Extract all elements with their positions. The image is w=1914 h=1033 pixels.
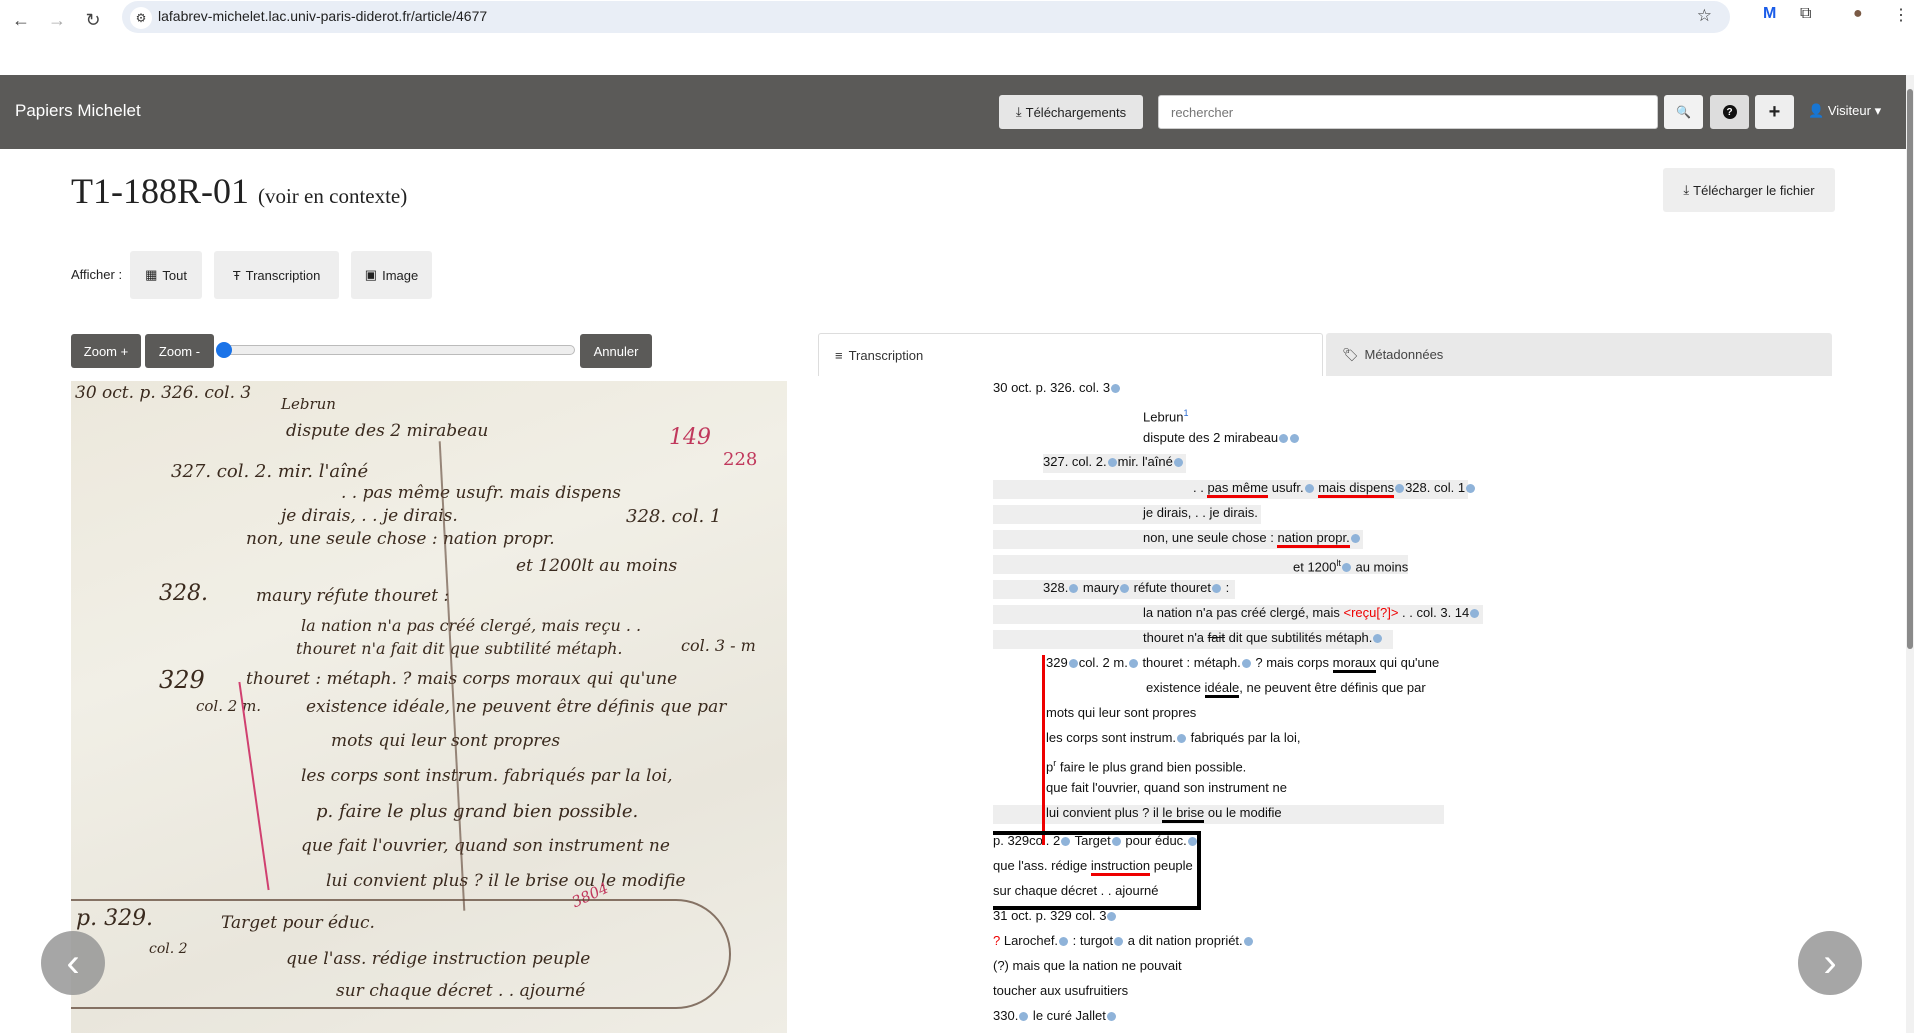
transcription-line: non, une seule chose : nation propr. — [993, 530, 1363, 549]
plus-icon: + — [1769, 101, 1781, 124]
search-input[interactable] — [1158, 95, 1658, 129]
info-icon[interactable] — [1244, 937, 1253, 946]
transcription-line: dispute des 2 mirabeau — [1143, 430, 1300, 449]
browser-chrome: ← → ↻ ⚙ lafabrev-michelet.lac.univ-paris… — [0, 0, 1914, 75]
picture-icon: ▣ — [365, 267, 377, 283]
circled-passage-box — [993, 831, 1201, 910]
download-icon: ⤓ — [1683, 182, 1689, 198]
transcription-line: que fait l'ouvrier, quand son instrument… — [1046, 780, 1287, 799]
chevron-right-icon: › — [1823, 941, 1836, 986]
zoom-out-button[interactable]: Zoom - — [145, 334, 214, 368]
info-icon[interactable] — [1019, 1012, 1028, 1021]
info-icon[interactable] — [1107, 912, 1116, 921]
info-icon[interactable] — [1351, 534, 1360, 543]
downloads-button[interactable]: ⤓ Téléchargements — [999, 95, 1143, 129]
question-circle-icon: ? — [1723, 105, 1737, 119]
malwarebytes-extension-icon[interactable]: M — [1763, 5, 1776, 23]
show-transcription-button[interactable]: Ŧ Transcription — [214, 251, 339, 299]
red-page-number: 228 — [723, 449, 757, 470]
back-icon[interactable]: ← — [6, 5, 36, 35]
url-text[interactable]: lafabrev-michelet.lac.univ-paris-diderot… — [158, 8, 487, 24]
transcription-line: thouret n'a fait dit que subtilités méta… — [993, 630, 1393, 649]
search-button[interactable]: 🔍 — [1664, 95, 1703, 129]
info-icon[interactable] — [1107, 1012, 1116, 1021]
show-all-button[interactable]: ▦ Tout — [130, 251, 202, 299]
zoom-in-button[interactable]: Zoom + — [71, 334, 141, 368]
transcription-line: 30 oct. p. 326. col. 3 — [993, 380, 1121, 399]
info-icon[interactable] — [1279, 434, 1288, 443]
tab-metadata[interactable]: 🏷 Métadonnées — [1326, 333, 1832, 376]
info-icon[interactable] — [1466, 484, 1475, 493]
extensions-puzzle-icon[interactable]: ⧉ — [1800, 5, 1811, 23]
scrollbar-thumb[interactable] — [1907, 89, 1913, 649]
info-icon[interactable] — [1069, 584, 1078, 593]
manuscript-image[interactable]: 30 oct. p. 326. col. 3 Lebrun dispute de… — [71, 381, 787, 1033]
show-image-label: Image — [382, 268, 418, 283]
page-title: T1-188R-01 (voir en contexte) — [71, 170, 407, 212]
transcription-line: lui convient plus ? il le brise ou le mo… — [993, 805, 1444, 824]
info-icon[interactable] — [1111, 384, 1120, 393]
transcription-line: existence idéale, ne peuvent être défini… — [1146, 680, 1426, 699]
reload-icon[interactable]: ↻ — [78, 5, 108, 35]
document-id: T1-188R-01 — [71, 171, 249, 211]
user-label: Visiteur — [1828, 103, 1871, 118]
search-icon: 🔍 — [1676, 105, 1691, 119]
bookmark-star-icon[interactable]: ☆ — [1697, 6, 1712, 26]
app-header: Papiers Michelet ⤓ Téléchargements 🔍 ? +… — [0, 75, 1906, 149]
show-transcription-label: Transcription — [246, 268, 321, 283]
view-in-context-link[interactable]: (voir en contexte) — [258, 184, 407, 208]
add-button[interactable]: + — [1755, 95, 1794, 129]
info-icon[interactable] — [1212, 584, 1221, 593]
cancel-button[interactable]: Annuler — [580, 334, 652, 368]
transcription-line: (?) mais que la nation ne pouvait — [993, 958, 1182, 977]
transcription-line: Lebrun1 — [1143, 405, 1189, 424]
transcription-line: 330. le curé Jallet — [993, 1008, 1117, 1027]
margin-red-bar — [1042, 655, 1045, 845]
show-image-button[interactable]: ▣ Image — [351, 251, 432, 299]
info-icon[interactable] — [1120, 584, 1129, 593]
transcription-line: 31 oct. p. 329 col. 3 — [993, 908, 1117, 927]
tags-icon: 🏷 — [1342, 347, 1359, 363]
transcription-line: mots qui leur sont propres — [1046, 705, 1196, 724]
transcription-line: ? Larochef. : turgot a dit nation propri… — [993, 933, 1254, 952]
profile-avatar-icon[interactable]: ● — [1853, 5, 1863, 23]
user-icon: 👤 — [1808, 103, 1824, 118]
user-menu[interactable]: 👤 Visiteur ▾ — [1808, 103, 1881, 119]
red-folio-number: 149 — [669, 425, 711, 450]
manuscript-circled-passage — [71, 899, 731, 1009]
text-height-icon: Ŧ — [233, 268, 241, 283]
info-icon[interactable] — [1069, 659, 1078, 668]
address-bar[interactable]: ⚙ lafabrev-michelet.lac.univ-paris-dider… — [122, 1, 1730, 33]
chevron-left-icon: ‹ — [66, 941, 79, 986]
zoom-slider[interactable] — [218, 345, 575, 355]
zoom-slider-handle[interactable] — [216, 342, 232, 358]
previous-page-button[interactable]: ‹ — [41, 931, 105, 995]
info-icon[interactable] — [1174, 458, 1183, 467]
transcription-line: . . pas même usufr. mais dispens328. col… — [993, 480, 1468, 499]
download-file-label: Télécharger le fichier — [1693, 183, 1814, 198]
info-icon[interactable] — [1290, 434, 1299, 443]
show-label: Afficher : — [71, 267, 122, 282]
download-icon: ⤓ — [1016, 104, 1022, 120]
tab-transcription[interactable]: ≡ Transcription — [818, 333, 1323, 376]
forward-icon[interactable]: → — [42, 5, 72, 35]
transcription-line: 327. col. 2.mir. l'aîné — [1043, 454, 1186, 473]
page-scrollbar[interactable] — [1906, 75, 1914, 1033]
info-icon[interactable] — [1373, 634, 1382, 643]
transcription-line: et 1200lt au moins — [993, 555, 1408, 574]
help-button[interactable]: ? — [1710, 95, 1749, 129]
tab-transcription-label: Transcription — [849, 348, 924, 363]
download-file-button[interactable]: ⤓ Télécharger le fichier — [1663, 168, 1835, 212]
grid-icon: ▦ — [145, 267, 157, 283]
info-icon[interactable] — [1129, 659, 1138, 668]
downloads-label: Téléchargements — [1026, 105, 1126, 120]
footnote-link[interactable]: 1 — [1183, 408, 1188, 418]
transcription-line: 328. maury réfute thouret : — [993, 580, 1235, 599]
info-icon[interactable] — [1059, 937, 1068, 946]
caret-down-icon: ▾ — [1875, 103, 1882, 118]
list-icon: ≡ — [835, 348, 843, 363]
tab-metadata-label: Métadonnées — [1365, 347, 1444, 362]
next-page-button[interactable]: › — [1798, 931, 1862, 995]
browser-menu-icon[interactable]: ⋮ — [1893, 5, 1909, 25]
info-icon[interactable] — [1470, 609, 1479, 618]
info-icon[interactable] — [1342, 563, 1351, 572]
brand-logo[interactable]: Papiers Michelet — [15, 101, 141, 121]
transcription-line: toucher aux usufruitiers — [993, 983, 1128, 1002]
show-all-label: Tout — [162, 268, 187, 283]
info-icon[interactable] — [1177, 734, 1186, 743]
transcription-line: je dirais, . . je dirais. — [993, 505, 1261, 524]
site-settings-icon[interactable]: ⚙ — [130, 7, 152, 29]
transcription-line: les corps sont instrum. fabriqués par la… — [1046, 730, 1301, 749]
transcription-line: la nation n'a pas créé clergé, mais <reç… — [993, 605, 1483, 624]
info-icon[interactable] — [1108, 458, 1117, 467]
info-icon[interactable] — [1305, 484, 1314, 493]
transcription-line: pr faire le plus grand bien possible. — [1046, 755, 1246, 774]
info-icon[interactable] — [1114, 937, 1123, 946]
transcription-line: 329col. 2 m. thouret : métaph. ? mais co… — [1046, 655, 1439, 674]
info-icon[interactable] — [1395, 484, 1404, 493]
info-icon[interactable] — [1242, 659, 1251, 668]
